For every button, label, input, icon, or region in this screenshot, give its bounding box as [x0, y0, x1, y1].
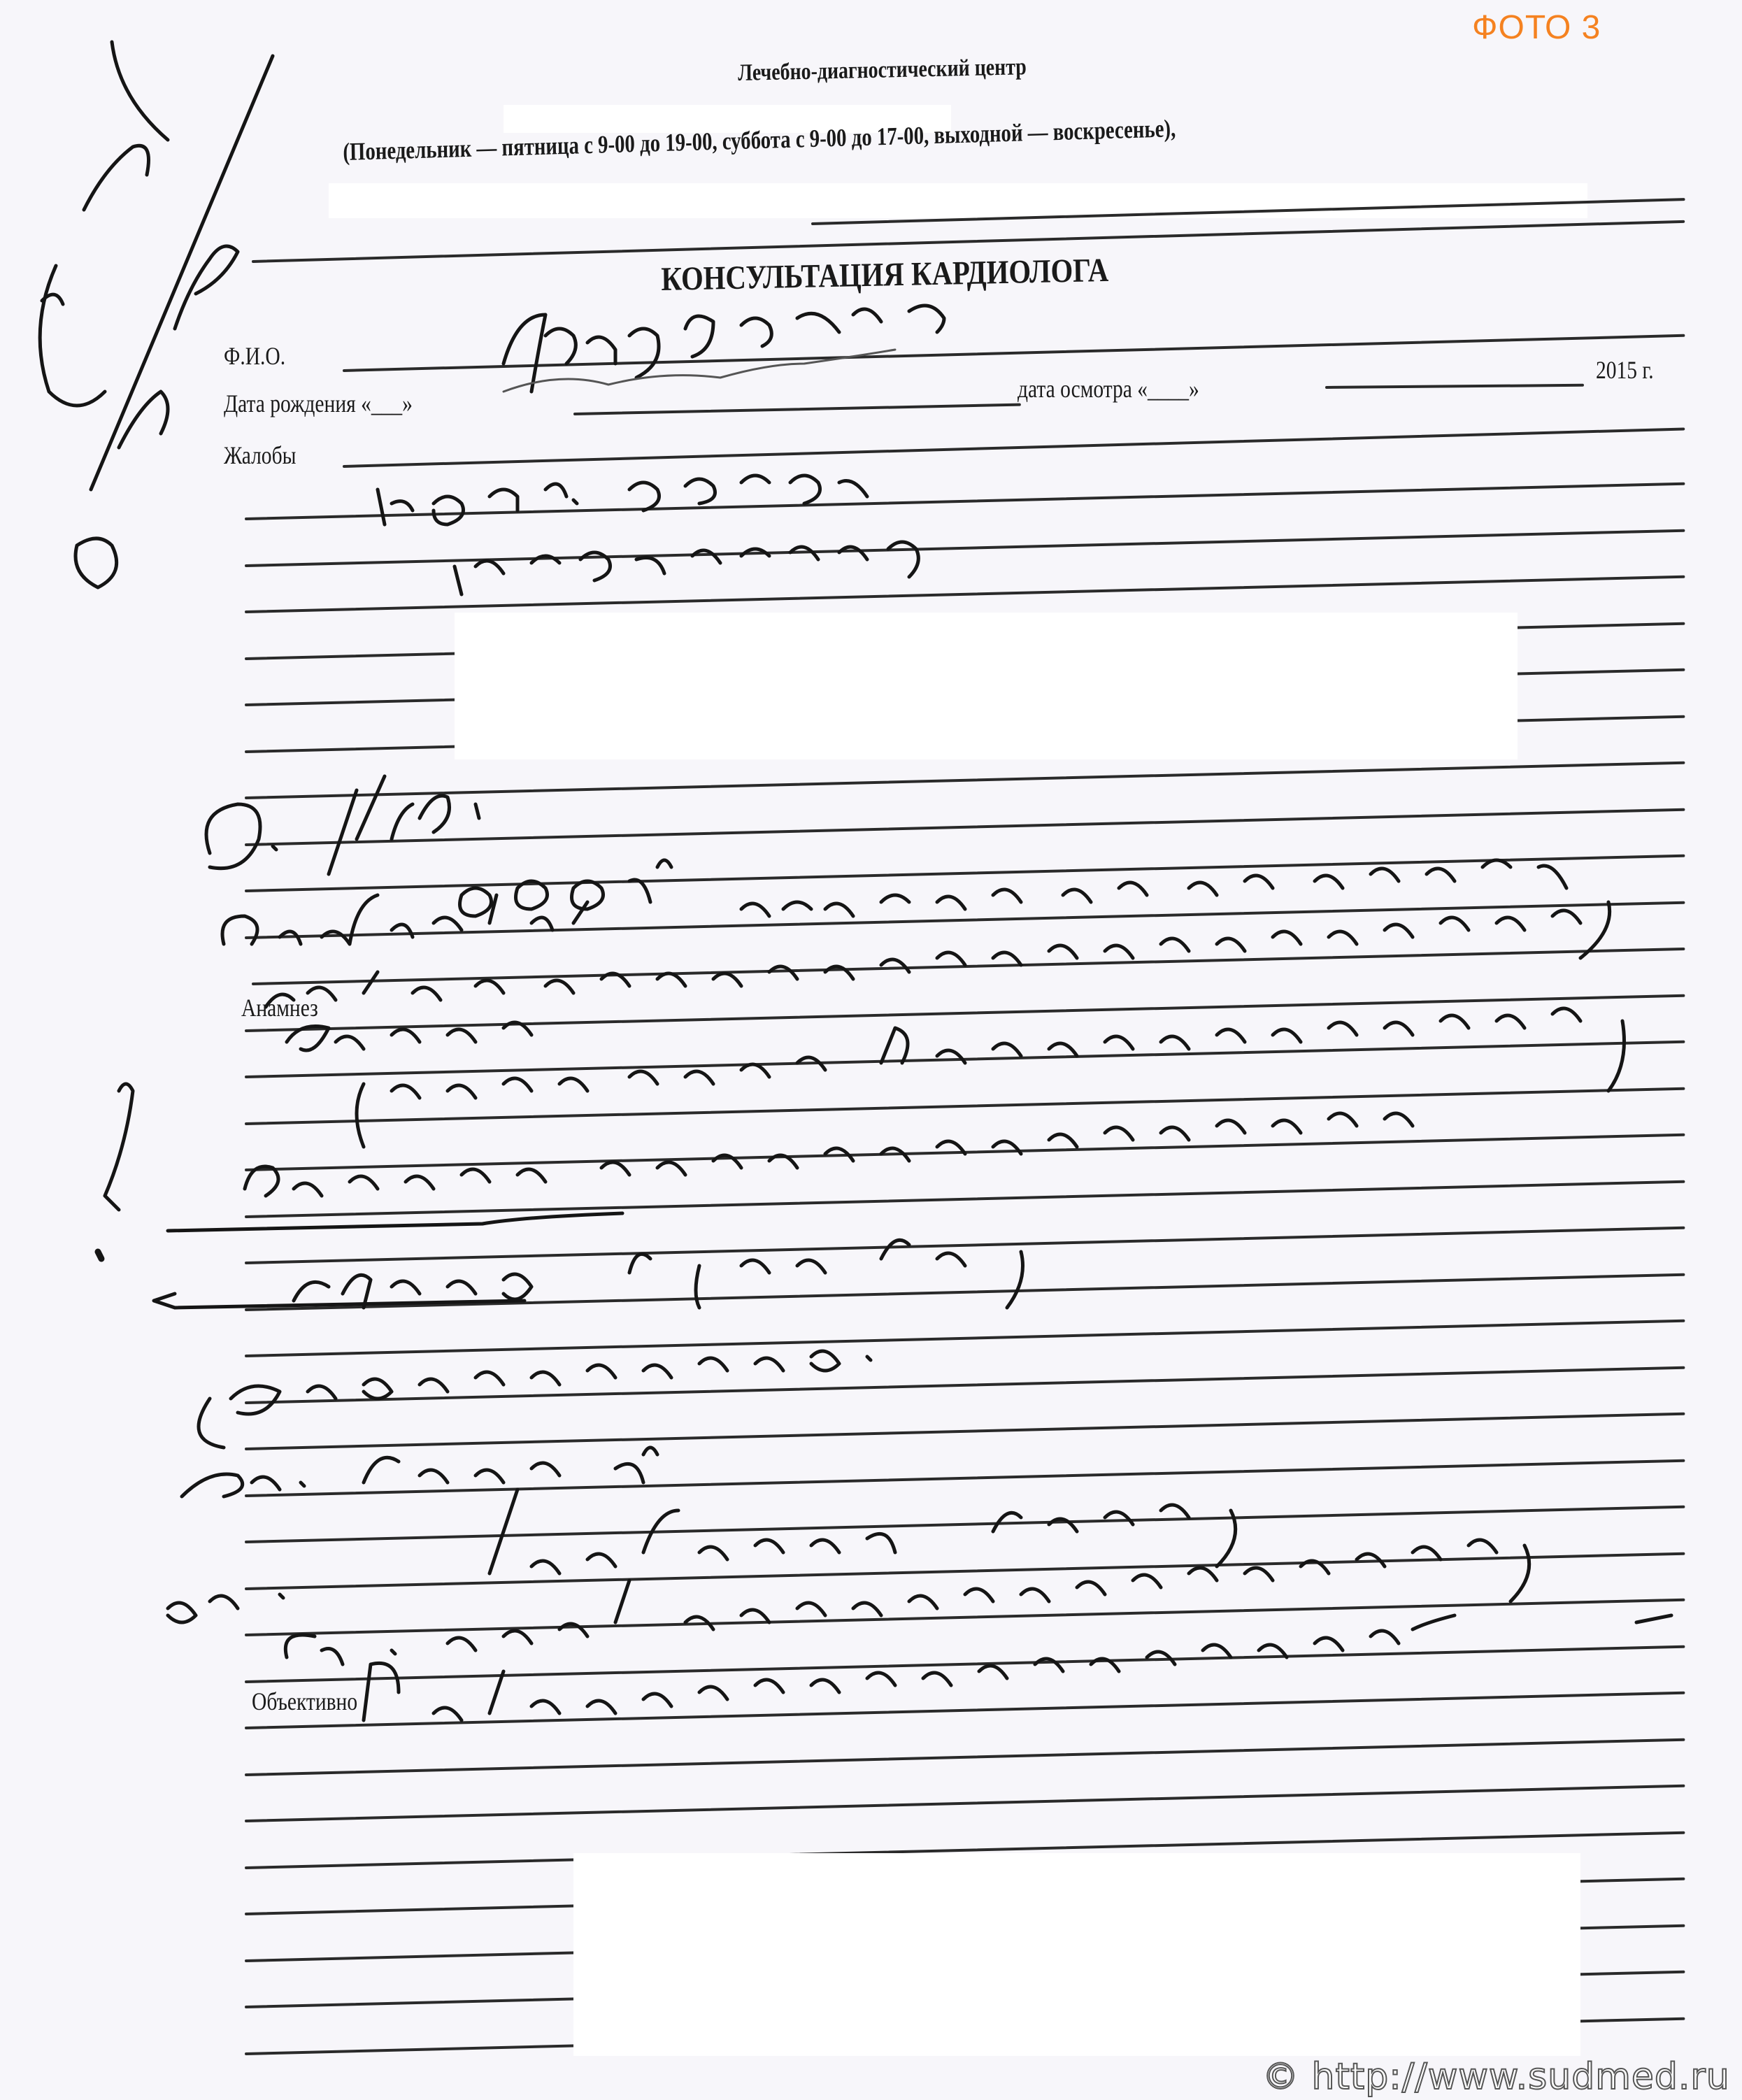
ruled-line: [245, 1180, 1685, 1217]
ruled-line: [245, 1227, 1685, 1264]
ruled-line: [245, 901, 1685, 938]
ruled-line: [245, 1459, 1685, 1497]
ruled-line: [245, 1506, 1685, 1543]
ruled-line: [245, 1134, 1685, 1171]
organization-name: Лечебно-диагностический центр: [738, 54, 1027, 87]
full-name-label: Ф.И.О.: [224, 341, 285, 371]
ruled-line: [245, 1413, 1685, 1450]
ruled-line: [245, 1552, 1685, 1590]
ruled-line: [245, 1738, 1685, 1776]
ruled-line: [252, 948, 1685, 985]
watermark: © http://www.sudmed.ru: [1262, 2056, 1730, 2098]
complaints-label: Жалобы: [224, 441, 296, 470]
birth-date-field-line: [573, 403, 1021, 415]
redacted-body-block-1: [455, 613, 1518, 759]
handwriting-overlay: [0, 0, 1742, 2100]
year-suffix: 2015 г.: [1596, 355, 1654, 385]
ruled-line: [245, 1785, 1685, 1822]
full-name-field-line: [343, 334, 1685, 372]
ruled-line: [245, 576, 1685, 613]
ruled-line: [245, 1087, 1685, 1124]
ruled-line: [245, 1041, 1685, 1078]
ruled-line: [245, 529, 1685, 566]
ruled-line: [245, 1320, 1685, 1357]
birth-date-label: Дата рождения «___»: [224, 389, 413, 418]
ruled-line: [245, 483, 1685, 520]
ruled-line: [245, 1645, 1685, 1683]
form-title: КОНСУЛЬТАЦИЯ КАРДИОЛОГА: [661, 251, 1109, 299]
redacted-body-block-2: [573, 1853, 1580, 2056]
photo-label: ФОТО 3: [1472, 8, 1601, 47]
exam-date-field-line: [1325, 384, 1584, 389]
ruled-line: [245, 994, 1685, 1031]
ruled-line: [245, 808, 1685, 845]
ruled-line: [245, 1692, 1685, 1729]
redacted-header-block-2: [329, 183, 1587, 218]
exam-date-label: дата осмотра «____»: [1018, 374, 1199, 403]
complaints-field-line: [343, 427, 1685, 468]
ruled-line: [245, 762, 1685, 799]
ruled-line: [245, 855, 1685, 892]
ruled-line: [245, 1599, 1685, 1636]
anamnesis-label: Анамнез: [241, 993, 318, 1022]
ruled-line: [245, 1273, 1685, 1310]
ruled-line: [245, 1366, 1685, 1403]
objective-label: Объективно: [252, 1687, 357, 1716]
